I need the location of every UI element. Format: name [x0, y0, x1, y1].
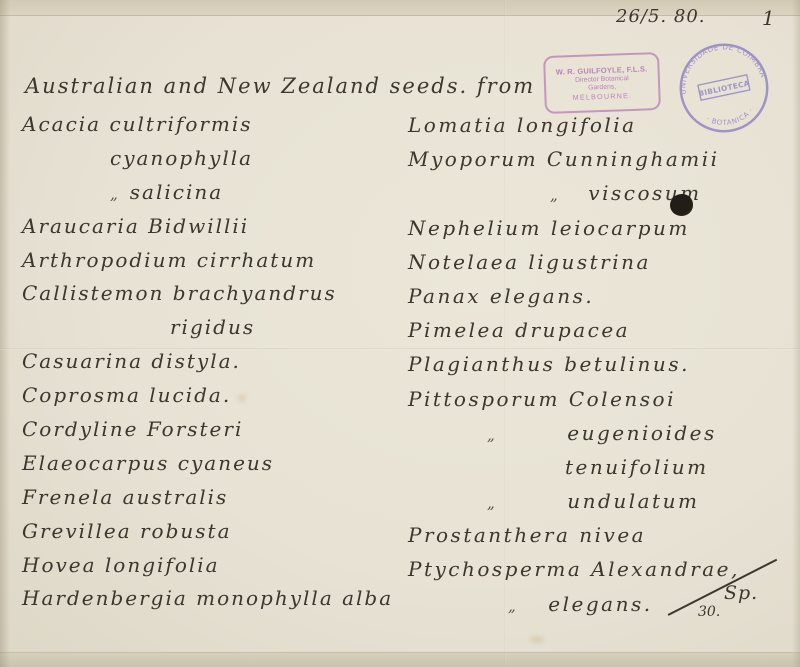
- ditto-mark: „: [487, 418, 497, 452]
- species-name: Myoporum Cunninghamii: [408, 147, 720, 171]
- species-name: cyanophylla: [110, 146, 253, 170]
- manuscript-line: Casuarina distyla.: [22, 345, 393, 379]
- species-name: rigidus: [170, 315, 255, 339]
- manuscript-line: Elaeocarpus cyaneus: [22, 447, 393, 481]
- date-annotation: 26/5. 80.: [616, 6, 706, 27]
- paper-edge-left: [0, 0, 10, 667]
- manuscript-line: tenuifolium: [408, 450, 740, 484]
- species-name: Casuarina distyla.: [22, 349, 241, 373]
- species-name: Hardenbergia monophylla alba: [22, 586, 393, 610]
- manuscript-line: Pimelea drupacea: [408, 313, 740, 347]
- species-name: Notelaea ligustrina: [408, 250, 651, 274]
- manuscript-line: „undulatum: [408, 484, 740, 518]
- species-name: Acacia cultriformis: [22, 112, 253, 136]
- manuscript-line: Plagianthus betulinus.: [408, 347, 740, 381]
- species-name: tenuifolium: [565, 455, 709, 479]
- species-name: Callistemon brachyandrus: [22, 281, 337, 305]
- manuscript-line: Notelaea ligustrina: [408, 245, 740, 279]
- ditto-mark: „: [508, 589, 518, 623]
- species-name: elegans.: [548, 592, 652, 616]
- species-name: Pittosporum Colensoi: [408, 387, 676, 411]
- manuscript-line: Frenela australis: [22, 481, 393, 515]
- species-name: Cordyline Forsteri: [22, 417, 243, 441]
- species-name: Frenela australis: [22, 485, 228, 509]
- manuscript-line: Prostanthera nivea: [408, 518, 740, 552]
- manuscript-line: Araucaria Bidwillii: [22, 210, 393, 244]
- species-name: Arthropodium cirrhatum: [22, 248, 316, 272]
- manuscript-line: cyanophylla: [22, 142, 393, 176]
- manuscript-line: Hovea longifolia: [22, 549, 393, 583]
- manuscript-line: rigidus: [22, 311, 393, 345]
- right-column: Lomatia longifoliaMyoporum Cunninghamii„…: [408, 108, 740, 621]
- manuscript-line: Hardenbergia monophylla alba: [22, 582, 393, 616]
- species-name: eugenioides: [567, 421, 716, 445]
- page-number: 1: [762, 6, 777, 30]
- species-name: Nephelium leiocarpum: [408, 216, 690, 240]
- left-column: Acacia cultriformiscyanophylla„salicinaA…: [22, 108, 393, 616]
- species-name: Plagianthus betulinus.: [408, 352, 690, 376]
- manuscript-line: Myoporum Cunninghamii: [408, 142, 740, 176]
- page-title: Australian and New Zealand seeds. from: [25, 74, 535, 98]
- manuscript-line: Panax elegans.: [408, 279, 740, 313]
- species-name: Lomatia longifolia: [408, 113, 637, 137]
- manuscript-scan: 26/5. 80. 1 Australian and New Zealand s…: [0, 0, 800, 667]
- manuscript-line: „eugenioides: [408, 416, 740, 450]
- tally-slash-mark: [668, 559, 777, 616]
- ditto-mark: „: [550, 178, 560, 212]
- manuscript-line: Cordyline Forsteri: [22, 413, 393, 447]
- manuscript-line: Callistemon brachyandrus: [22, 277, 393, 311]
- manuscript-line: Nephelium leiocarpum: [408, 211, 740, 245]
- species-name: Panax elegans.: [408, 284, 594, 308]
- species-tally: 30. Sp.: [662, 556, 797, 636]
- manuscript-line: Coprosma lucida.: [22, 379, 393, 413]
- ditto-mark: „: [110, 178, 120, 212]
- species-name: Grevillea robusta: [22, 519, 232, 543]
- species-name: Elaeocarpus cyaneus: [22, 451, 274, 475]
- species-name: Hovea longifolia: [22, 553, 220, 577]
- ink-blot: [670, 194, 693, 216]
- species-name: Prostanthera nivea: [408, 523, 646, 547]
- manuscript-line: Pittosporum Colensoi: [408, 382, 740, 416]
- manuscript-line: „salicina: [22, 176, 393, 210]
- manuscript-line: Lomatia longifolia: [408, 108, 740, 142]
- species-name: Coprosma lucida.: [22, 383, 231, 407]
- tally-count: 30.: [698, 604, 720, 620]
- species-name: Araucaria Bidwillii: [22, 214, 249, 238]
- manuscript-line: Acacia cultriformis: [22, 108, 393, 142]
- species-name: undulatum: [567, 489, 699, 513]
- ditto-mark: „: [487, 486, 497, 520]
- paper-edge-bottom: [0, 652, 800, 667]
- tally-label: Sp.: [724, 582, 758, 604]
- species-name: salicina: [130, 180, 223, 204]
- paper-stain: [530, 636, 544, 643]
- species-name: Pimelea drupacea: [408, 318, 630, 342]
- melbourne-director-stamp: W. R. GUILFOYLE, F.L.S. Director Botanic…: [543, 52, 661, 114]
- manuscript-line: Arthropodium cirrhatum: [22, 244, 393, 278]
- manuscript-line: Grevillea robusta: [22, 515, 393, 549]
